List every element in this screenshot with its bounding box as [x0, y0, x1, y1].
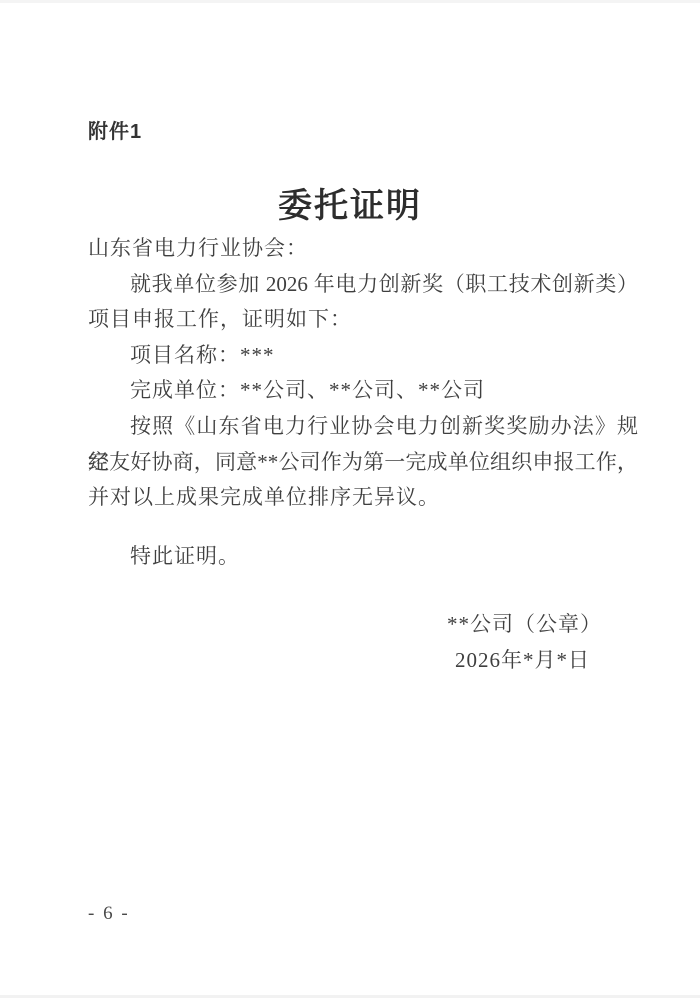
body-line-completing-units: 完成单位：**公司、**公司、**公司	[88, 373, 638, 409]
body-line-salutation: 山东省电力行业协会：	[88, 231, 638, 267]
document-title: 委托证明	[0, 186, 700, 228]
body-line-project-name: 项目名称：***	[88, 338, 638, 374]
body-line-intro-2: 项目申报工作，证明如下：	[88, 302, 638, 338]
signature-date: 2026年*月*日	[88, 642, 638, 678]
page-number: - 6 -	[88, 901, 130, 927]
body-text-block: 山东省电力行业协会： 就我单位参加 2026 年电力创新奖（职工技术创新类） 项…	[88, 231, 638, 516]
body-line-regulation-1: 按照《山东省电力行业协会电力创新奖奖励办法》规定，	[88, 409, 638, 445]
document-page: 附件1 委托证明 山东省电力行业协会： 就我单位参加 2026 年电力创新奖（职…	[0, 0, 700, 998]
body-line-regulation-2: 经友好协商，同意**公司作为第一完成单位组织申报工作，	[88, 445, 638, 481]
scan-edge-top	[0, 0, 700, 3]
closing-line: 特此证明。	[88, 539, 638, 575]
signature-block: **公司（公章） 2026年*月*日	[88, 606, 638, 678]
body-line-intro-1: 就我单位参加 2026 年电力创新奖（职工技术创新类）	[88, 267, 638, 303]
signature-company: **公司（公章）	[88, 606, 638, 642]
attachment-label: 附件1	[88, 120, 142, 144]
body-line-regulation-3: 并对以上成果完成单位排序无异议。	[88, 480, 638, 516]
